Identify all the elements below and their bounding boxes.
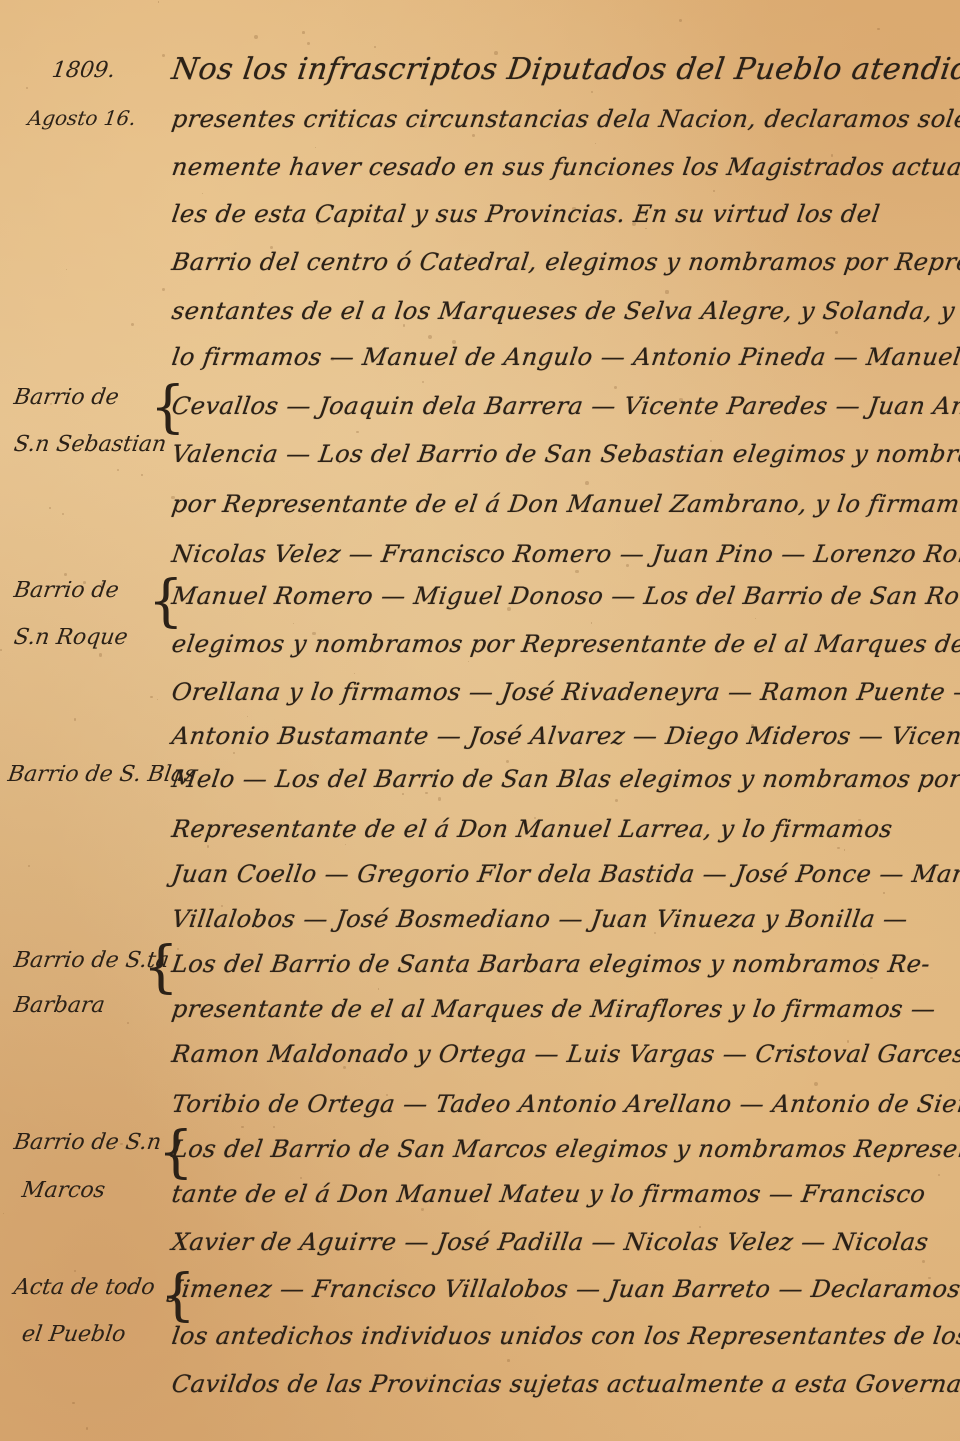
paper-speck	[421, 1208, 423, 1210]
manuscript-line: presentes criticas circunstancias dela N…	[170, 105, 960, 133]
paper-speck	[422, 381, 424, 383]
paper-speck	[157, 699, 158, 700]
margin-note: el Pueblo	[20, 1322, 127, 1347]
paper-speck	[837, 847, 839, 849]
paper-speck	[835, 331, 838, 334]
paper-speck	[302, 31, 305, 34]
paper-speck	[614, 386, 617, 389]
paper-speck	[207, 845, 210, 848]
manuscript-line: sentantes de el a los Marqueses de Selva…	[170, 297, 957, 325]
paper-speck	[162, 288, 165, 291]
manuscript-line: Antonio Bustamante — José Alvarez — Dieg…	[170, 722, 960, 750]
paper-speck	[615, 799, 618, 802]
margin-note: Barrio de	[12, 385, 120, 410]
brace-mark-icon: {	[143, 940, 179, 996]
paper-speck	[74, 1270, 76, 1272]
manuscript-line: les de esta Capital y sus Provincias. En…	[170, 200, 882, 228]
paper-speck	[472, 134, 475, 137]
paper-speck	[117, 469, 119, 471]
manuscript-line: Nos los infrascriptos Diputados del Pueb…	[170, 52, 960, 87]
paper-speck	[162, 54, 165, 57]
manuscript-line: Orellana y lo firmamos — José Rivadeneyr…	[170, 678, 960, 706]
paper-speck	[877, 28, 880, 31]
paper-speck	[254, 35, 258, 39]
paper-speck	[507, 1359, 510, 1362]
paper-speck	[141, 474, 142, 475]
manuscript-line: Cevallos — Joaquin dela Barrera — Vicent…	[170, 392, 960, 420]
manuscript-line: Valencia — Los del Barrio de San Sebasti…	[170, 440, 960, 468]
manuscript-page: 1809. Agosto 16. Nos los infrascriptos D…	[0, 0, 960, 1441]
paper-speck	[131, 323, 134, 326]
paper-speck	[506, 760, 509, 763]
paper-speck	[99, 653, 102, 656]
brace-mark-icon: {	[148, 574, 184, 630]
paper-speck	[66, 269, 67, 270]
manuscript-line: Toribio de Ortega — Tadeo Antonio Arella…	[170, 1090, 960, 1118]
paper-speck	[922, 1260, 925, 1263]
manuscript-line: Barrio del centro ó Catedral, elegimos y…	[170, 248, 960, 276]
manuscript-line: por Representante de el á Don Manuel Zam…	[170, 490, 960, 518]
manuscript-line: Melo — Los del Barrio de San Blas elegim…	[170, 765, 960, 793]
paper-speck	[438, 797, 441, 800]
paper-speck	[595, 143, 596, 144]
manuscript-line: Los del Barrio de Santa Barbara elegimos…	[170, 950, 932, 978]
paper-speck	[72, 1402, 74, 1404]
paper-speck	[49, 507, 51, 509]
margin-note: Barbara	[12, 993, 106, 1018]
paper-speck	[127, 1022, 130, 1025]
manuscript-line: lo firmamos — Manuel de Angulo — Antonio…	[170, 343, 960, 371]
brace-mark-icon: {	[158, 1125, 194, 1181]
date-year: 1809.	[50, 58, 116, 83]
paper-speck	[150, 696, 152, 698]
paper-speck	[158, 1, 159, 2]
margin-note: Acta de todo	[12, 1275, 156, 1300]
margin-note: S.n Roque	[12, 625, 129, 650]
paper-speck	[428, 335, 432, 339]
paper-speck	[233, 752, 235, 754]
brace-mark-icon: {	[150, 380, 186, 436]
paper-speck	[679, 19, 682, 22]
manuscript-line: nemente haver cesado en sus funciones lo…	[170, 153, 960, 181]
margin-note: Marcos	[20, 1178, 107, 1203]
manuscript-line: Representante de el á Don Manuel Larrea,…	[170, 815, 894, 843]
paper-speck	[293, 623, 294, 624]
manuscript-line: Jimenez — Francisco Villalobos — Juan Ba…	[170, 1275, 960, 1303]
paper-speck	[0, 649, 2, 651]
paper-speck	[356, 431, 359, 434]
manuscript-line: presentante de el al Marques de Miraflor…	[170, 995, 938, 1023]
paper-speck	[378, 988, 380, 990]
paper-speck	[591, 622, 593, 624]
paper-speck	[307, 42, 310, 45]
paper-speck	[713, 190, 715, 192]
paper-speck	[74, 718, 77, 721]
margin-note: S.n Sebastian	[12, 432, 168, 457]
manuscript-line: Villalobos — José Bosmediano — Juan Vinu…	[170, 905, 910, 933]
paper-speck	[86, 1427, 88, 1429]
margin-note: Barrio de	[12, 578, 120, 603]
manuscript-line: Cavildos de las Provincias sujetas actua…	[170, 1370, 960, 1398]
manuscript-line: Ramon Maldonado y Ortega — Luis Vargas —…	[170, 1040, 960, 1068]
manuscript-line: elegimos y nombramos por Representante d…	[170, 630, 960, 658]
paper-speck	[468, 661, 469, 662]
paper-speck	[247, 716, 248, 717]
margin-note: Barrio de S.n	[12, 1130, 163, 1155]
brace-mark-icon: {	[160, 1268, 196, 1324]
paper-speck	[28, 865, 30, 867]
paper-speck	[241, 1126, 243, 1128]
manuscript-line: Juan Coello — Gregorio Flor dela Bastida…	[170, 860, 960, 888]
paper-speck	[374, 46, 376, 48]
paper-speck	[938, 1174, 940, 1176]
manuscript-line: Xavier de Aguirre — José Padilla — Nicol…	[170, 1228, 930, 1256]
manuscript-line: Nicolas Velez — Francisco Romero — Juan …	[170, 540, 960, 568]
paper-speck	[755, 618, 756, 619]
paper-speck	[575, 570, 579, 574]
paper-speck	[665, 290, 668, 293]
paper-speck	[3, 1213, 5, 1215]
paper-speck	[345, 844, 346, 845]
paper-speck	[202, 193, 203, 194]
paper-speck	[883, 892, 884, 893]
manuscript-line: tante de el á Don Manuel Mateu y lo firm…	[170, 1180, 927, 1208]
margin-note: Barrio de S. Blas	[6, 762, 197, 787]
paper-speck	[354, 673, 355, 674]
paper-speck	[591, 91, 593, 93]
paper-speck	[273, 1126, 275, 1128]
paper-speck	[585, 481, 589, 485]
date-day: Agosto 16.	[26, 106, 137, 130]
manuscript-line: Manuel Romero — Miguel Donoso — Los del …	[170, 582, 960, 610]
paper-speck	[814, 1082, 818, 1086]
paper-speck	[844, 849, 845, 850]
manuscript-line: los antedichos individuos unidos con los…	[170, 1322, 960, 1350]
paper-speck	[315, 147, 316, 148]
paper-speck	[64, 573, 67, 576]
paper-speck	[402, 793, 404, 795]
manuscript-line: Los del Barrio de San Marcos elegimos y …	[170, 1135, 960, 1163]
paper-speck	[62, 513, 64, 515]
paper-speck	[26, 87, 28, 89]
